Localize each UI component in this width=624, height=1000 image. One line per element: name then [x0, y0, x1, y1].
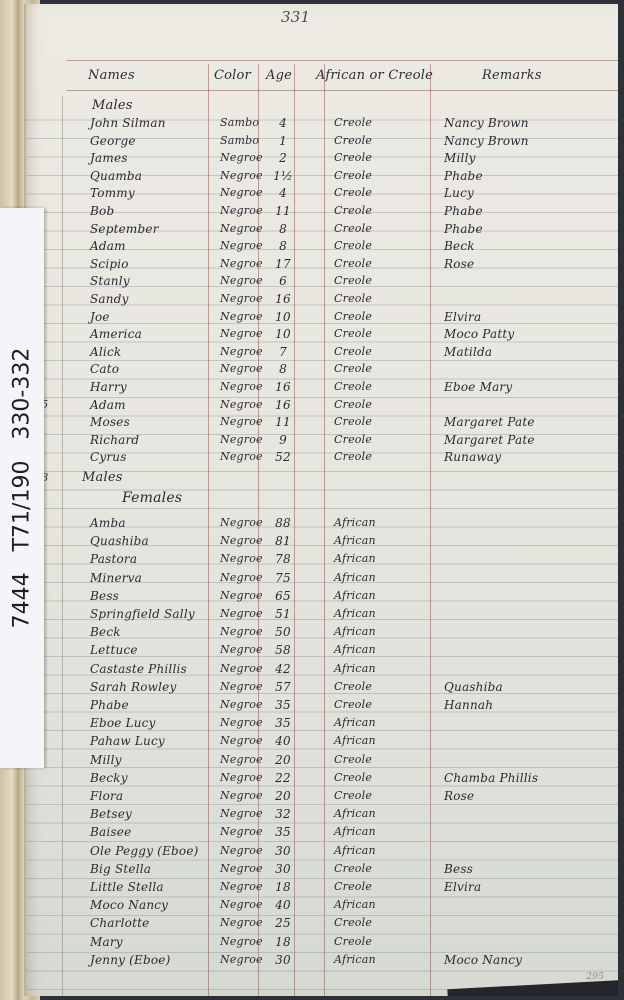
name-cell: Beck: [90, 625, 121, 639]
name-cell: Flora: [90, 789, 123, 803]
table-row: John SilmanSambo4CreoleNancy Brown: [26, 116, 618, 134]
age-cell: 10: [266, 327, 300, 341]
column-header-remarks: Remarks: [482, 68, 542, 83]
age-cell: 16: [266, 398, 300, 412]
age-cell: 1: [266, 134, 300, 148]
color-cell: Negroe: [220, 571, 263, 584]
table-row: MinervaNegroe75African: [26, 571, 618, 589]
color-cell: Negroe: [220, 680, 263, 693]
origin-cell: African: [334, 607, 376, 620]
color-cell: Negroe: [220, 953, 263, 966]
color-cell: Negroe: [220, 433, 263, 446]
table-row: BetseyNegroe32African: [26, 807, 618, 825]
name-cell: Stanly: [90, 274, 130, 288]
name-cell: Phabe: [90, 698, 129, 712]
name-cell: Sandy: [90, 292, 129, 306]
name-cell: Minerva: [90, 571, 142, 585]
remarks-cell: Hannah: [444, 698, 493, 712]
table-row: BobNegroe11CreolePhabe: [26, 204, 618, 222]
column-header-age: Age: [266, 68, 292, 83]
origin-cell: African: [334, 898, 376, 911]
color-cell: Negroe: [220, 589, 263, 602]
name-cell: Sarah Rowley: [90, 680, 176, 694]
name-cell: Milly: [90, 753, 122, 767]
color-cell: Negroe: [220, 169, 263, 182]
origin-cell: Creole: [334, 680, 372, 693]
origin-cell: African: [334, 516, 376, 529]
origin-cell: Creole: [334, 398, 372, 411]
table-row: Eboe LucyNegroe35African: [26, 716, 618, 734]
name-cell: George: [90, 134, 136, 148]
remarks-cell: Runaway: [444, 450, 501, 464]
remarks-cell: Beck: [444, 239, 475, 253]
remarks-cell: Bess: [444, 862, 473, 876]
name-cell: James: [90, 151, 128, 165]
archive-reference-text: 7444 T71/190 330-332: [10, 228, 35, 748]
color-cell: Negroe: [220, 916, 263, 929]
table-row: StanlyNegroe6Creole: [26, 274, 618, 292]
table-row: Springfield SallyNegroe51African: [26, 607, 618, 625]
age-cell: 10: [266, 310, 300, 324]
name-cell: Bess: [90, 589, 119, 603]
table-row: HarryNegroe16CreoleEboe Mary: [26, 380, 618, 398]
age-cell: 6: [266, 274, 300, 288]
age-cell: 2: [266, 151, 300, 165]
name-cell: Baisee: [90, 825, 131, 839]
table-row: LettuceNegroe58African: [26, 643, 618, 661]
name-cell: Springfield Sally: [90, 607, 195, 621]
table-row: Pahaw LucyNegroe40African: [26, 734, 618, 752]
name-cell: Alick: [90, 345, 121, 359]
origin-cell: Creole: [334, 257, 372, 270]
color-cell: Sambo: [220, 134, 259, 147]
name-cell: Quamba: [90, 169, 142, 183]
origin-cell: Creole: [334, 116, 372, 129]
age-cell: 35: [266, 698, 300, 712]
origin-cell: Creole: [334, 151, 372, 164]
table-row: AmericaNegroe10CreoleMoco Patty: [26, 327, 618, 345]
age-cell: 7: [266, 345, 300, 359]
age-cell: 11: [266, 204, 300, 218]
age-cell: 57: [266, 680, 300, 694]
remarks-cell: Phabe: [444, 222, 483, 236]
name-cell: Moses: [90, 415, 130, 429]
name-cell: Ole Peggy (Eboe): [90, 844, 199, 858]
origin-cell: Creole: [334, 862, 372, 875]
age-cell: 20: [266, 753, 300, 767]
color-cell: Negroe: [220, 789, 263, 802]
color-cell: Negroe: [220, 222, 263, 235]
name-cell: Big Stella: [90, 862, 151, 876]
table-row: BeckNegroe50African: [26, 625, 618, 643]
table-row: PhabeNegroe35CreoleHannah: [26, 698, 618, 716]
table-row: Ole Peggy (Eboe)Negroe30African: [26, 844, 618, 862]
name-cell: Pahaw Lucy: [90, 734, 165, 748]
color-cell: Negroe: [220, 607, 263, 620]
remarks-cell: Nancy Brown: [444, 116, 529, 130]
color-cell: Negroe: [220, 844, 263, 857]
color-cell: Negroe: [220, 807, 263, 820]
table-row: Big StellaNegroe30CreoleBess: [26, 862, 618, 880]
name-cell: Charlotte: [90, 916, 149, 930]
origin-cell: Creole: [334, 789, 372, 802]
color-cell: Negroe: [220, 292, 263, 305]
table-row: AdamNegroe16Creole55: [26, 398, 618, 416]
origin-cell: African: [334, 589, 376, 602]
table-row: FloraNegroe20CreoleRose: [26, 789, 618, 807]
age-cell: 35: [266, 825, 300, 839]
age-cell: 16: [266, 292, 300, 306]
age-cell: 30: [266, 953, 300, 967]
name-cell: Bob: [90, 204, 114, 218]
color-cell: Negroe: [220, 186, 263, 199]
name-cell: Jenny (Eboe): [90, 953, 171, 967]
name-cell: Adam: [90, 239, 126, 253]
color-cell: Negroe: [220, 274, 263, 287]
age-cell: 78: [266, 552, 300, 566]
origin-cell: African: [334, 534, 376, 547]
origin-cell: Creole: [334, 310, 372, 323]
name-cell: Castaste Phillis: [90, 662, 187, 676]
name-cell: Eboe Lucy: [90, 716, 156, 730]
table-row: QuashibaNegroe81African: [26, 534, 618, 552]
color-cell: Negroe: [220, 534, 263, 547]
table-row: TommyNegroe4CreoleLucy: [26, 186, 618, 204]
name-cell: Betsey: [90, 807, 132, 821]
remarks-cell: Chamba Phillis: [444, 771, 538, 785]
origin-cell: African: [334, 625, 376, 638]
origin-cell: Creole: [334, 186, 372, 199]
color-cell: Negroe: [220, 345, 263, 358]
color-cell: Negroe: [220, 625, 263, 638]
age-cell: 8: [266, 239, 300, 253]
color-cell: Sambo: [220, 116, 259, 129]
remarks-cell: Matilda: [444, 345, 492, 359]
name-cell: Cyrus: [90, 450, 127, 464]
color-cell: Negroe: [220, 935, 263, 948]
origin-cell: Creole: [334, 222, 372, 235]
table-row: Sarah RowleyNegroe57CreoleQuashiba: [26, 680, 618, 698]
table-row: BessNegroe65African: [26, 589, 618, 607]
origin-cell: African: [334, 807, 376, 820]
origin-cell: African: [334, 643, 376, 656]
age-cell: 20: [266, 789, 300, 803]
color-cell: Negroe: [220, 450, 263, 463]
origin-cell: Creole: [334, 239, 372, 252]
origin-cell: Creole: [334, 274, 372, 287]
age-cell: 1½: [266, 169, 300, 183]
name-cell: Pastora: [90, 552, 137, 566]
color-cell: Negroe: [220, 643, 263, 656]
color-cell: Negroe: [220, 362, 263, 375]
remarks-cell: Margaret Pate: [444, 433, 535, 447]
name-cell: Mary: [90, 935, 123, 949]
table-row: JamesNegroe2CreoleMilly: [26, 151, 618, 169]
origin-cell: African: [334, 953, 376, 966]
age-cell: 58: [266, 643, 300, 657]
archive-folio-mark: 295: [586, 972, 604, 982]
table-row: SandyNegroe16Creole: [26, 292, 618, 310]
table-row: PastoraNegroe78African: [26, 552, 618, 570]
color-cell: Negroe: [220, 415, 263, 428]
section-heading-males: Males: [92, 98, 133, 113]
age-cell: 16: [266, 380, 300, 394]
color-cell: Negroe: [220, 698, 263, 711]
origin-cell: African: [334, 662, 376, 675]
table-row: Moco NancyNegroe40African: [26, 898, 618, 916]
origin-cell: Creole: [334, 134, 372, 147]
archive-reference-label: 7444 T71/190 330-332: [0, 208, 44, 768]
origin-cell: African: [334, 716, 376, 729]
remarks-cell: Phabe: [444, 169, 483, 183]
column-header-color: Color: [214, 68, 251, 83]
table-row: MaryNegroe18Creole: [26, 935, 618, 953]
age-cell: 4: [266, 116, 300, 130]
age-cell: 17: [266, 257, 300, 271]
remarks-cell: Elvira: [444, 880, 481, 894]
origin-cell: Creole: [334, 362, 372, 375]
origin-cell: Creole: [334, 292, 372, 305]
name-cell: Joe: [90, 310, 110, 324]
column-header-names: Names: [88, 68, 135, 83]
age-cell: 18: [266, 880, 300, 894]
section-heading-females: Females: [122, 490, 182, 506]
age-cell: 11: [266, 415, 300, 429]
color-cell: Negroe: [220, 380, 263, 393]
origin-cell: African: [334, 844, 376, 857]
remarks-cell: Moco Nancy: [444, 953, 522, 967]
color-cell: Negroe: [220, 151, 263, 164]
age-cell: 30: [266, 844, 300, 858]
name-cell: Harry: [90, 380, 127, 394]
table-row: AlickNegroe7CreoleMatilda: [26, 345, 618, 363]
age-cell: 81: [266, 534, 300, 548]
name-cell: Cato: [90, 362, 119, 376]
name-cell: John Silman: [90, 116, 166, 130]
table-row: MillyNegroe20Creole: [26, 753, 618, 771]
remarks-cell: Margaret Pate: [444, 415, 535, 429]
age-cell: 75: [266, 571, 300, 585]
remarks-cell: Rose: [444, 789, 474, 803]
remarks-cell: Elvira: [444, 310, 481, 324]
age-cell: 25: [266, 916, 300, 930]
origin-cell: Creole: [334, 327, 372, 340]
origin-cell: African: [334, 552, 376, 565]
males-total-label: Males: [82, 470, 123, 485]
remarks-cell: Lucy: [444, 186, 474, 200]
color-cell: Negroe: [220, 662, 263, 675]
table-row: SeptemberNegroe8CreolePhabe: [26, 222, 618, 240]
origin-cell: Creole: [334, 345, 372, 358]
age-cell: 40: [266, 734, 300, 748]
color-cell: Negroe: [220, 825, 263, 838]
origin-cell: Creole: [334, 916, 372, 929]
age-cell: 22: [266, 771, 300, 785]
name-cell: Lettuce: [90, 643, 138, 657]
age-cell: 8: [266, 362, 300, 376]
color-cell: Negroe: [220, 310, 263, 323]
table-row: Castaste PhillisNegroe42African: [26, 662, 618, 680]
table-row: QuambaNegroe1½CreolePhabe: [26, 169, 618, 187]
name-cell: America: [90, 327, 142, 341]
age-cell: 42: [266, 662, 300, 676]
age-cell: 35: [266, 716, 300, 730]
color-cell: Negroe: [220, 734, 263, 747]
color-cell: Negroe: [220, 204, 263, 217]
age-cell: 9: [266, 433, 300, 447]
table-row: MosesNegroe11CreoleMargaret Pate: [26, 415, 618, 433]
origin-cell: Creole: [334, 880, 372, 893]
age-cell: 18: [266, 935, 300, 949]
color-cell: Negroe: [220, 771, 263, 784]
table-row: AmbaNegroe88African: [26, 516, 618, 534]
age-cell: 4: [266, 186, 300, 200]
origin-cell: Creole: [334, 433, 372, 446]
origin-cell: Creole: [334, 698, 372, 711]
table-row: BeckyNegroe22CreoleChamba Phillis: [26, 771, 618, 789]
age-cell: 50: [266, 625, 300, 639]
name-cell: Quashiba: [90, 534, 149, 548]
origin-cell: African: [334, 825, 376, 838]
color-cell: Negroe: [220, 880, 263, 893]
color-cell: Negroe: [220, 753, 263, 766]
table-row: AdamNegroe8CreoleBeck: [26, 239, 618, 257]
table-row: JoeNegroe10CreoleElvira: [26, 310, 618, 328]
color-cell: Negroe: [220, 716, 263, 729]
origin-cell: Creole: [334, 450, 372, 463]
origin-cell: African: [334, 734, 376, 747]
color-cell: Negroe: [220, 257, 263, 270]
page-number: 331: [281, 8, 310, 26]
table-row: CharlotteNegroe25Creole: [26, 916, 618, 934]
name-cell: Amba: [90, 516, 126, 530]
name-cell: Adam: [90, 398, 126, 412]
remarks-cell: Moco Patty: [444, 327, 514, 341]
table-row: GeorgeSambo1CreoleNancy Brown: [26, 134, 618, 152]
table-row: CyrusNegroe52CreoleRunaway: [26, 450, 618, 468]
ledger-page: 331 Names Color Age African or Creole Re…: [24, 4, 618, 996]
header-bottom-rule: [66, 90, 618, 91]
age-cell: 30: [266, 862, 300, 876]
remarks-cell: Eboe Mary: [444, 380, 512, 394]
origin-cell: Creole: [334, 169, 372, 182]
name-cell: Little Stella: [90, 880, 164, 894]
name-cell: September: [90, 222, 159, 236]
age-cell: 65: [266, 589, 300, 603]
age-cell: 40: [266, 898, 300, 912]
remarks-cell: Phabe: [444, 204, 483, 218]
header-top-rule: [66, 60, 618, 61]
origin-cell: Creole: [334, 753, 372, 766]
column-header-origin: African or Creole: [316, 68, 433, 83]
table-row: ScipioNegroe17CreoleRose: [26, 257, 618, 275]
origin-cell: Creole: [334, 204, 372, 217]
table-row: RichardNegroe9CreoleMargaret Pate: [26, 433, 618, 451]
age-cell: 8: [266, 222, 300, 236]
age-cell: 88: [266, 516, 300, 530]
age-cell: 32: [266, 807, 300, 821]
remarks-cell: Milly: [444, 151, 476, 165]
table-row: CatoNegroe8Creole: [26, 362, 618, 380]
color-cell: Negroe: [220, 516, 263, 529]
origin-cell: Creole: [334, 935, 372, 948]
color-cell: Negroe: [220, 239, 263, 252]
remarks-cell: Nancy Brown: [444, 134, 529, 148]
name-cell: Moco Nancy: [90, 898, 168, 912]
name-cell: Scipio: [90, 257, 129, 271]
origin-cell: Creole: [334, 380, 372, 393]
table-row: Little StellaNegroe18CreoleElvira: [26, 880, 618, 898]
color-cell: Negroe: [220, 898, 263, 911]
origin-cell: African: [334, 571, 376, 584]
remarks-cell: Quashiba: [444, 680, 503, 694]
color-cell: Negroe: [220, 862, 263, 875]
name-cell: Becky: [90, 771, 128, 785]
name-cell: Richard: [90, 433, 139, 447]
name-cell: Tommy: [90, 186, 135, 200]
remarks-cell: Rose: [444, 257, 474, 271]
color-cell: Negroe: [220, 552, 263, 565]
color-cell: Negroe: [220, 327, 263, 340]
age-cell: 51: [266, 607, 300, 621]
age-cell: 52: [266, 450, 300, 464]
origin-cell: Creole: [334, 415, 372, 428]
table-row: BaiseeNegroe35African: [26, 825, 618, 843]
table-row: Jenny (Eboe)Negroe30AfricanMoco Nancy: [26, 953, 618, 971]
origin-cell: Creole: [334, 771, 372, 784]
color-cell: Negroe: [220, 398, 263, 411]
